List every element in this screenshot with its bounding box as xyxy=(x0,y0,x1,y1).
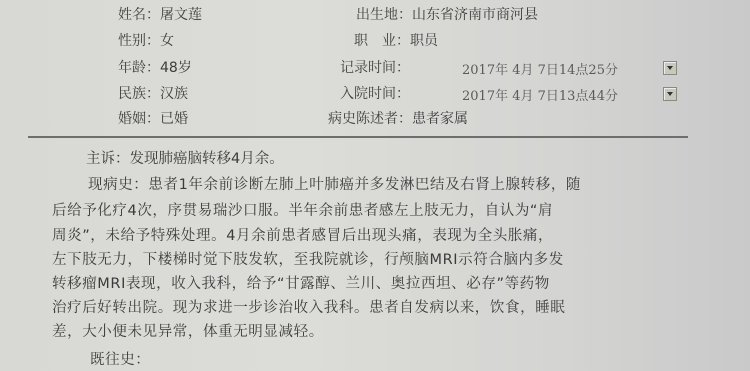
gender-field: 性别：女 xyxy=(118,30,174,50)
age-value: 48岁 xyxy=(160,60,192,76)
name-field: 姓名：屠文莲 xyxy=(118,4,202,24)
birthplace-label: 出生地： xyxy=(356,7,412,23)
section-divider xyxy=(28,136,688,138)
age-field: 年龄：48岁 xyxy=(118,57,192,77)
ethnicity-label: 民族： xyxy=(118,86,160,102)
present-illness-line: 治疗后好转出院。现为求进一步诊治收入我科。患者自发病以来，饮食，睡眠 xyxy=(52,296,565,317)
present-illness-line: 差，大小便未见异常，体重无明显减轻。 xyxy=(52,320,324,341)
admission-time-value[interactable]: 2017年 4月 7日13点44分 xyxy=(462,85,618,104)
name-value: 屠文莲 xyxy=(160,7,202,23)
admission-time-field: 入院时间： xyxy=(340,83,410,103)
narrator-value: 患者家属 xyxy=(412,111,468,127)
present-illness-line: 现病史：患者1年余前诊断左肺上叶肺癌并多发淋巴结及右肾上腺转移，随 xyxy=(88,173,581,194)
record-time-dropdown-icon[interactable] xyxy=(663,61,677,75)
present-illness-line: 转移瘤MRI表现，收入我科，给予“甘露醇、兰川、奥拉西坦、必存”等药物 xyxy=(52,272,550,293)
admission-time-dropdown-icon[interactable] xyxy=(663,87,677,101)
narrator-label: 病史陈述者： xyxy=(328,111,412,127)
age-label: 年龄： xyxy=(118,60,160,76)
admission-time-label: 入院时间： xyxy=(340,86,410,102)
marital-label: 婚姻： xyxy=(118,111,160,127)
record-time-value[interactable]: 2017年 4月 7日14点25分 xyxy=(462,59,618,78)
birthplace-value: 山东省济南市商河县 xyxy=(412,7,538,23)
occupation-label: 职 业： xyxy=(354,33,410,49)
ethnicity-field: 民族：汉族 xyxy=(118,83,188,103)
marital-field: 婚姻：已婚 xyxy=(118,108,188,128)
gender-label: 性别： xyxy=(118,33,160,49)
record-time-label: 记录时间： xyxy=(340,60,410,76)
birthplace-field: 出生地：山东省济南市商河县 xyxy=(356,4,538,24)
marital-value: 已婚 xyxy=(160,111,188,127)
record-time-field: 记录时间： xyxy=(340,57,410,77)
occupation-value: 职员 xyxy=(410,33,438,49)
chief-complaint: 主诉：发现肺癌脑转移4月余。 xyxy=(86,147,284,168)
occupation-field: 职 业：职员 xyxy=(354,30,438,50)
name-label: 姓名： xyxy=(118,7,160,23)
ethnicity-value: 汉族 xyxy=(160,86,188,102)
gender-value: 女 xyxy=(160,33,174,49)
present-illness-line: 左下肢无力，下楼梯时觉下肢发软，至我院就诊，行颅脑MRI示符合脑内多发 xyxy=(52,248,564,269)
past-history-label: 既往史： xyxy=(90,348,150,369)
narrator-field: 病史陈述者：患者家属 xyxy=(328,108,468,128)
present-illness-line: 周炎”，未给予特殊处理。4月余前患者感冒后出现头痛，表现为全头胀痛， xyxy=(52,224,553,245)
present-illness-line: 后给予化疗4次，序贯易瑞沙口服。半年余前患者感左上肢无力，自认为“肩 xyxy=(52,199,553,220)
